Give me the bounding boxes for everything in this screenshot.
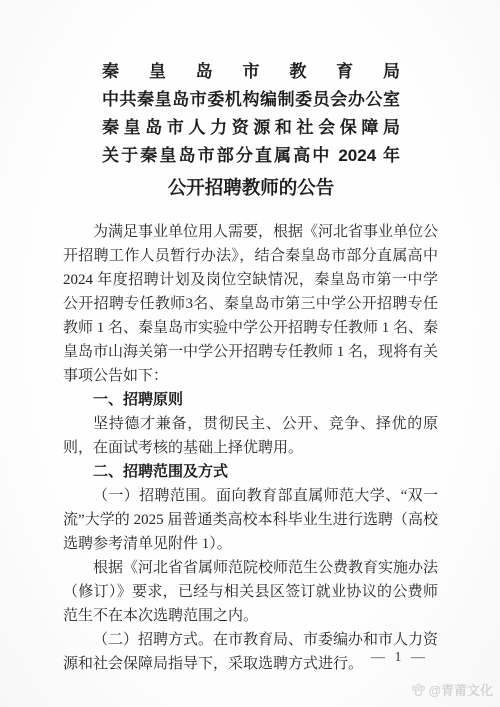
watermark-text: @青莆文化 <box>428 680 493 699</box>
paw-icon <box>411 683 426 697</box>
section-1-heading: 一、招聘原则 <box>63 388 438 412</box>
title-line-subject-2: 公开招聘教师的公告 <box>102 174 400 202</box>
title-line-issuer-2: 中共秦皇岛市委机构编制委员会办公室 <box>102 86 400 114</box>
intro-paragraph: 为满足事业单位用人需要，根据《河北省事业单位公开招聘工作人员暂行办法》，结合秦皇… <box>63 220 438 388</box>
document-page: 秦皇岛市教育局 中共秦皇岛市委机构编制委员会办公室 秦皇岛市人力资源和社会保障局… <box>0 0 500 707</box>
title-line-issuer-3: 秦皇岛市人力资源和社会保障局 <box>102 114 400 142</box>
document-body: 为满足事业单位用人需要，根据《河北省事业单位公开招聘工作人员暂行办法》，结合秦皇… <box>63 220 438 676</box>
section-1-paragraph: 坚持德才兼备，贯彻民主、公开、竞争、择优的原则，在面试考核的基础上择优聘用。 <box>63 412 438 460</box>
title-line-subject-1: 关于秦皇岛市部分直属高中 2024 年 <box>102 142 400 170</box>
page-number: — 1 — <box>371 650 428 666</box>
watermark: @青莆文化 <box>411 680 493 699</box>
document-title: 秦皇岛市教育局 中共秦皇岛市委机构编制委员会办公室 秦皇岛市人力资源和社会保障局… <box>102 58 400 202</box>
section-2-paragraph-recruit-scope: （一）招聘范围。面向教育部直属师范大学、“双一流”大学的 2025 届普通类高校… <box>63 484 438 556</box>
title-line-issuer-1: 秦皇岛市教育局 <box>102 58 400 86</box>
section-2-heading: 二、招聘范围及方式 <box>63 460 438 484</box>
section-2-paragraph-exclusion: 根据《河北省省属师范院校师范生公费教育实施办法（修订）》要求，已经与相关县区签订… <box>63 556 438 628</box>
